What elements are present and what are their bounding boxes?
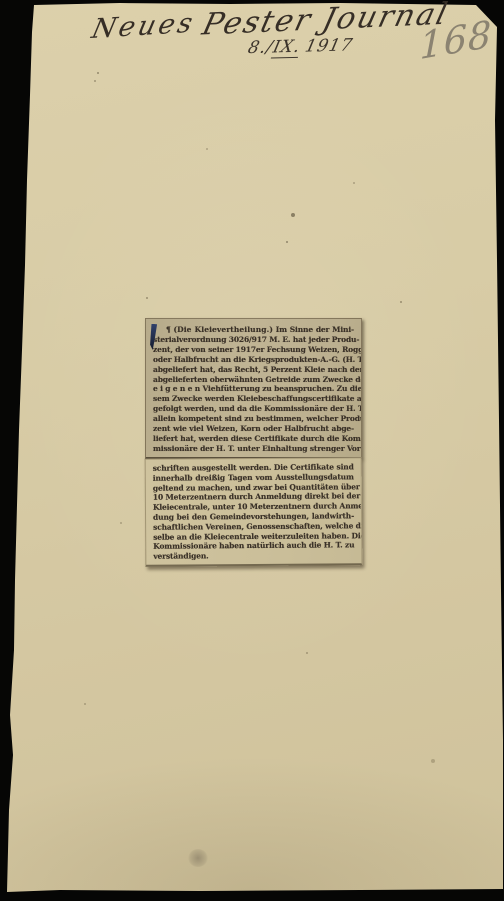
clipping-line: Kommissionäre haben natürlich auch die H… [153,541,354,552]
clipping-bottom-piece: schriften ausgestellt werden. Die Certif… [145,457,363,567]
clipping-line: ¶ (Die Kleievertheilung.) Im Sinne der M… [153,325,354,335]
clipping-line-text: Im Sinne der Mini- [273,325,354,334]
clipping-line: e i g e n e n Viehfütterung zu beanspruc… [153,384,354,394]
clipping-line: zent wie viel Weizen, Korn oder Halbfruc… [153,424,354,434]
date-month: IX. [271,37,303,59]
date-year: 1917 [303,35,355,56]
paper-smudge [188,849,208,867]
paper-specks [0,0,2,2]
clipping-line: abgelieferten oberwähnten Getreide zum Z… [153,375,354,385]
newspaper-clipping: ¶ (Die Kleievertheilung.) Im Sinne der M… [145,318,364,566]
clipping-line: sem Zwecke werden Kleiebeschaffungscerti… [153,394,354,404]
clipping-top-piece: ¶ (Die Kleievertheilung.) Im Sinne der M… [145,318,362,459]
clipping-line: oder Halbfrucht an die Kriegsprodukten-A… [153,355,354,365]
date-annotation: 8./IX.1917 [246,35,355,58]
clipping-line: allein kompetent sind zu bestimmen, welc… [153,414,354,424]
clipping-headline: (Die Kleievertheilung.) [173,325,273,334]
clipping-line: gefolgt werden, und da die Kommissionäre… [153,404,354,414]
clipping-line: missionäre der H. T. unter Einhaltung st… [153,444,354,454]
clipping-line: sterialverordnung 3026/917 M. E. hat jed… [153,335,354,345]
clipping-line: zent, der von seiner 1917er Fechsung Wei… [153,345,354,355]
clipping-line: abgeliefert hat, das Recht, 5 Perzent Kl… [153,365,354,375]
clipping-line: liefert hat, werden diese Certifikate du… [153,434,354,444]
clipping-line: verständigen. [153,550,354,561]
